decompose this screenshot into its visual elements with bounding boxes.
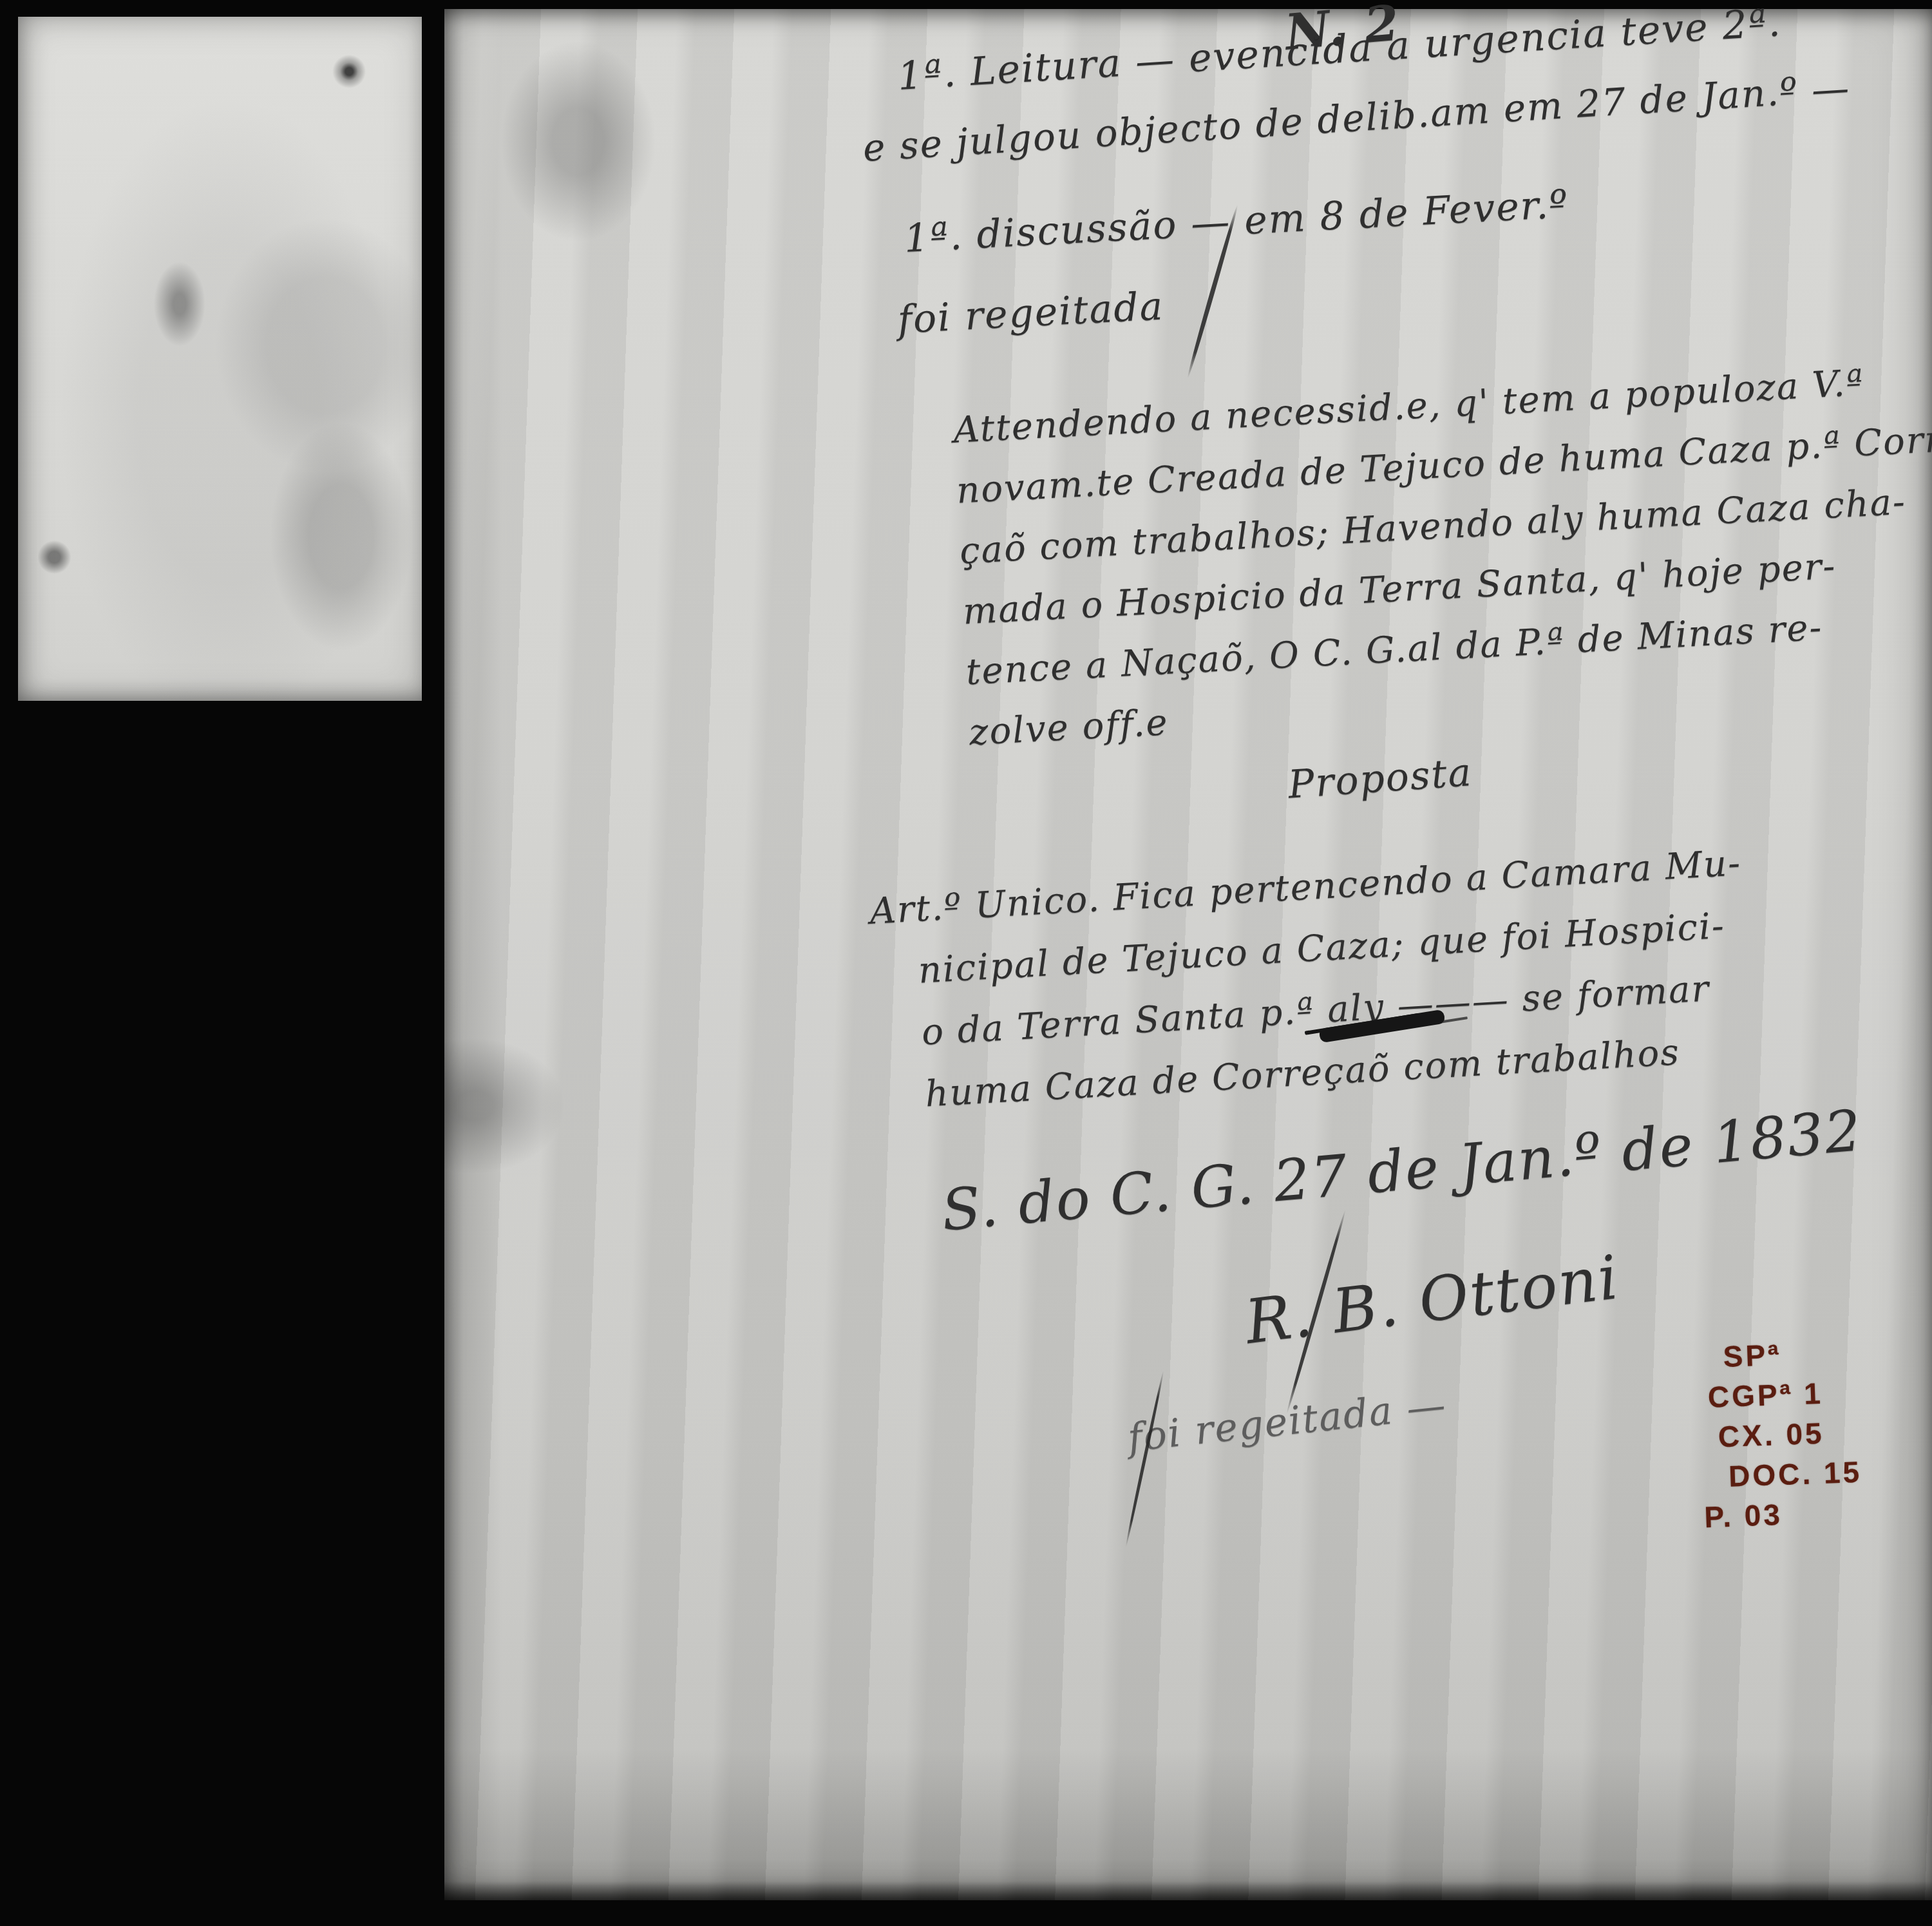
- stamp-line: CGPª 1: [1707, 1372, 1860, 1417]
- archive-reference-stamp: SPª CGPª 1 CX. 05 DOC. 15 P. 03: [1698, 1332, 1864, 1537]
- stamp-line: CX. 05: [1718, 1412, 1861, 1457]
- stamp-line: SPª: [1723, 1332, 1859, 1377]
- stamp-line: P. 03: [1703, 1492, 1864, 1538]
- stamp-line: DOC. 15: [1728, 1452, 1862, 1496]
- left-page-blank-verso: [18, 17, 422, 701]
- preamble-paragraph: Attendendo a necessid.e, q' tem a populo…: [952, 347, 1932, 763]
- scanned-manuscript-film: N. 2 1ª. Leitura — evencida a urgencia t…: [0, 0, 1932, 1926]
- page-gutter: [428, 19, 433, 1353]
- article-paragraph: Art.º Unico. Fica pertencendo a Camara M…: [868, 832, 1754, 1128]
